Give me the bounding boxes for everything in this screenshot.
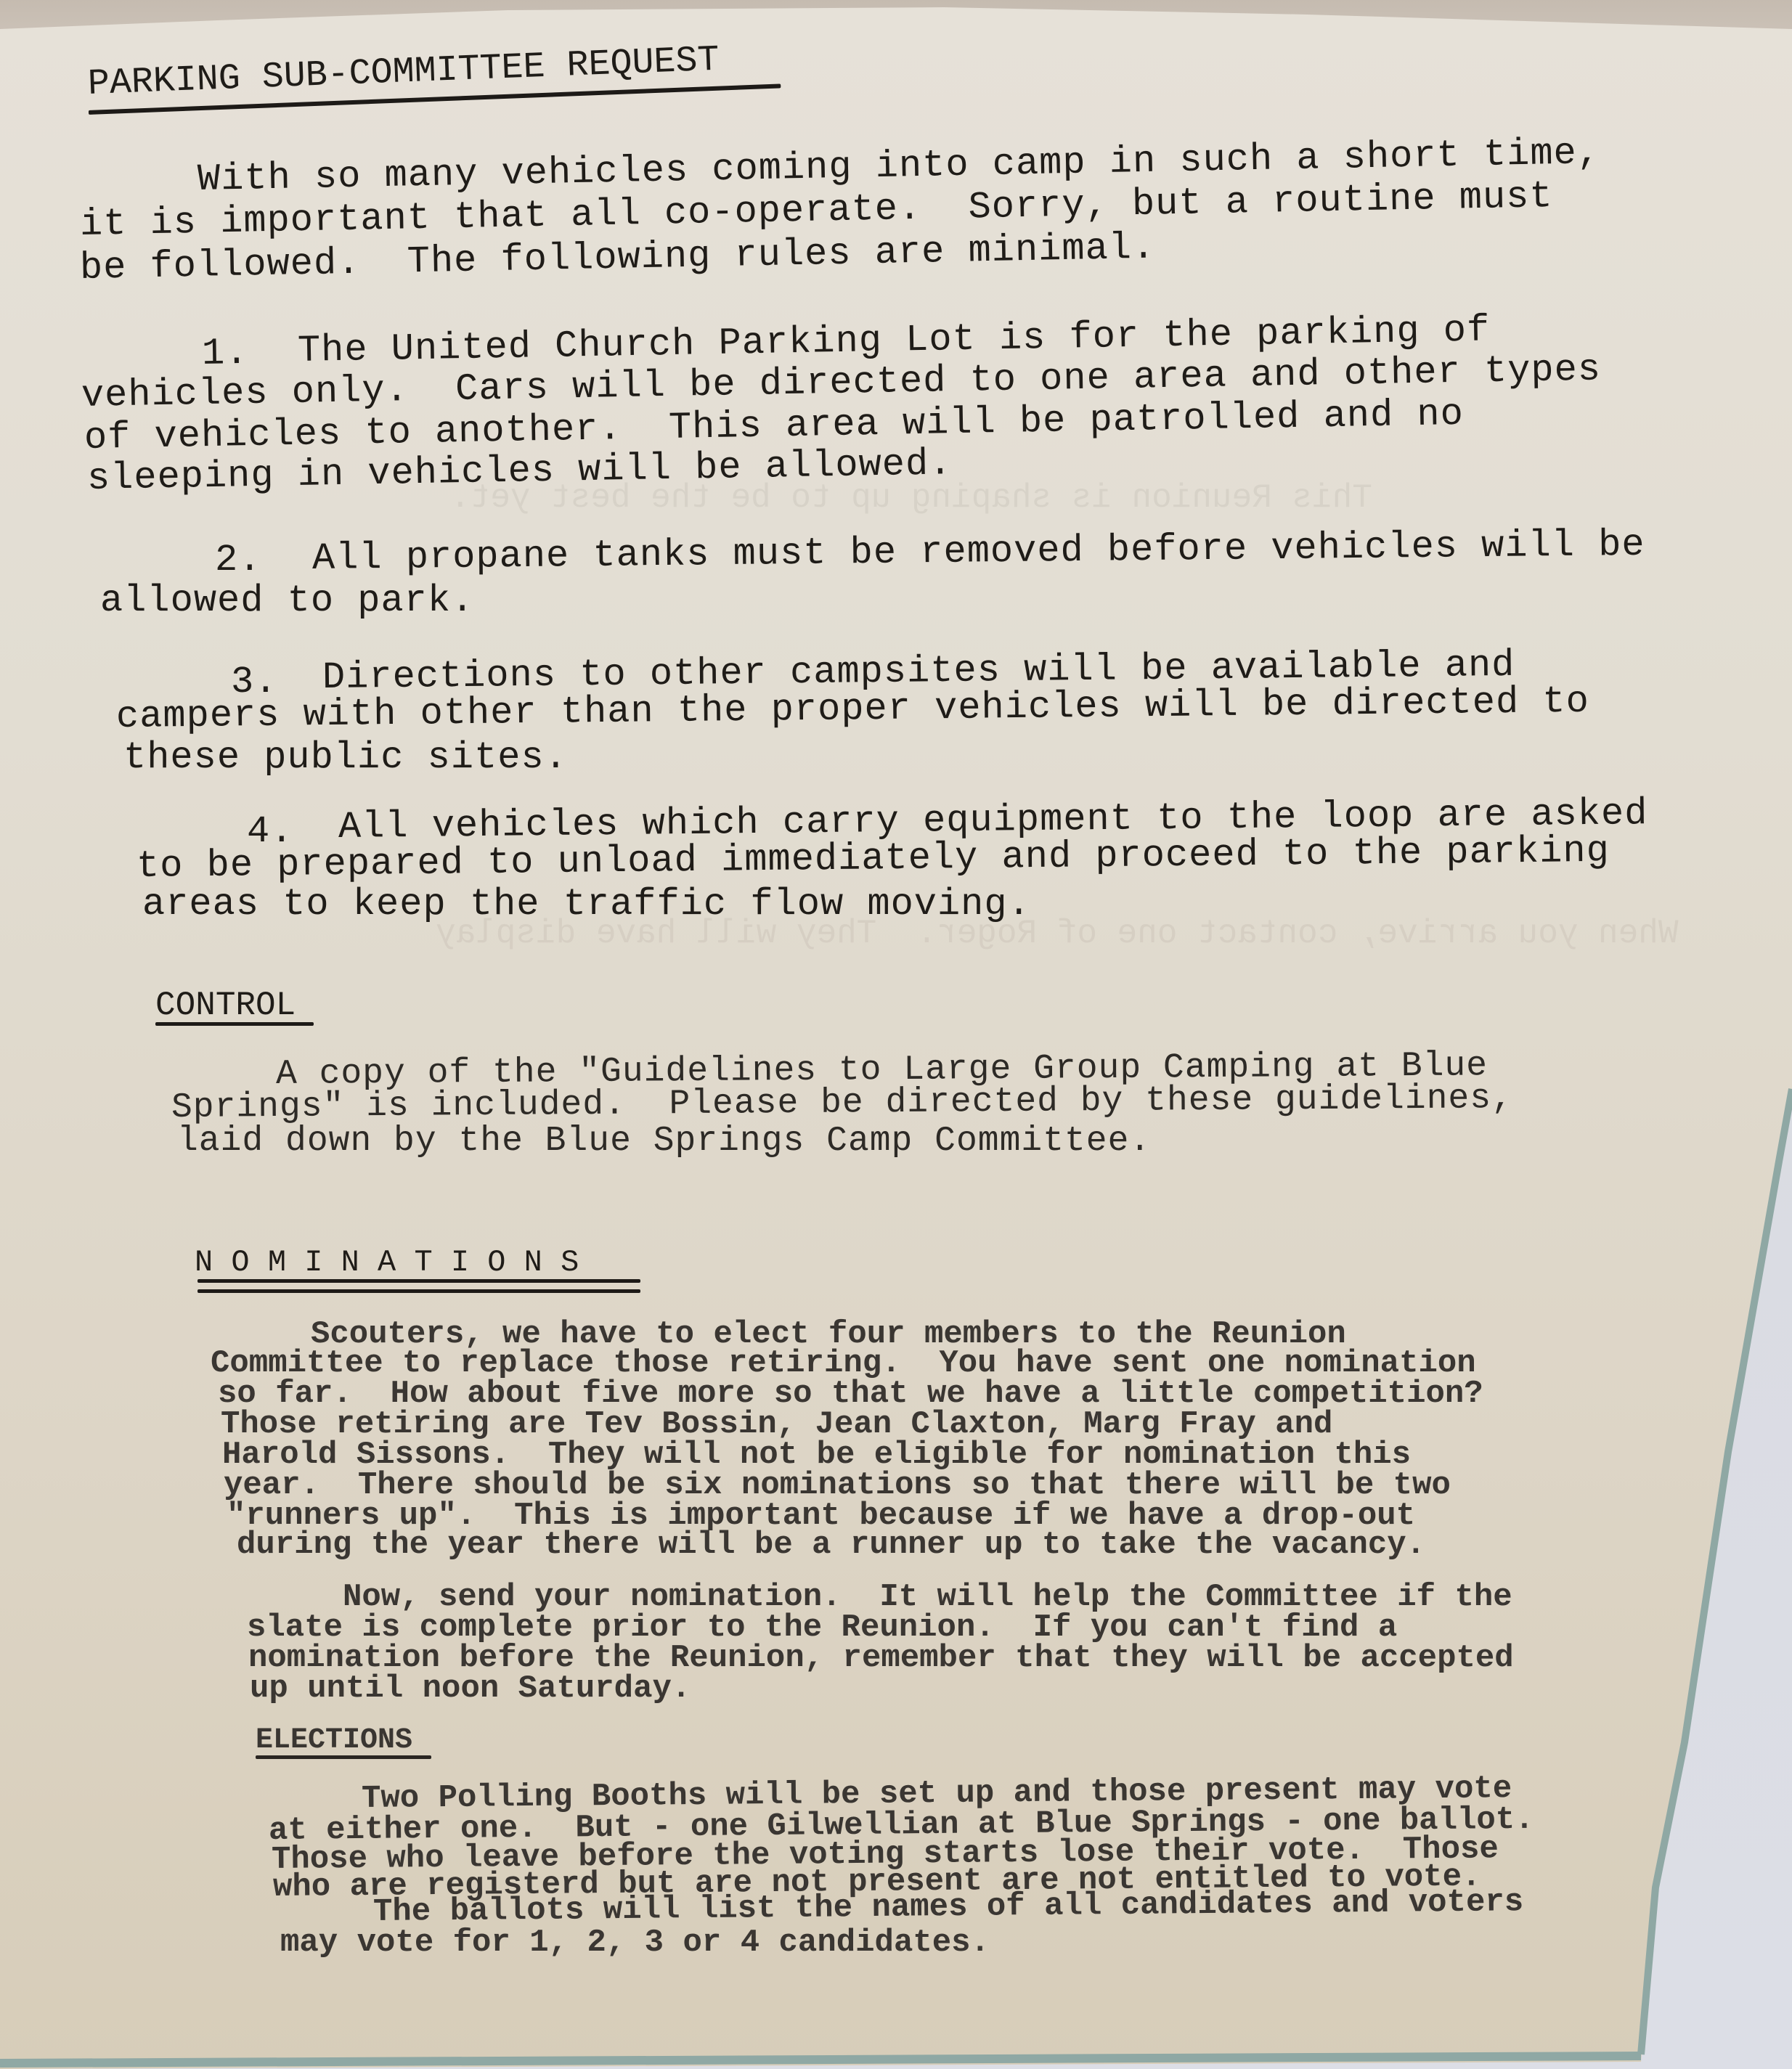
text-line: slate is complete prior to the Reunion. … bbox=[247, 1612, 1397, 1644]
heading-double-underline-top bbox=[197, 1279, 640, 1283]
text-line: during the year there will be a runner u… bbox=[237, 1529, 1425, 1561]
text-line: these public sites. bbox=[123, 739, 568, 777]
section-heading-elections: ELECTIONS bbox=[256, 1726, 412, 1755]
text-line: so far. How about five more so that we h… bbox=[218, 1378, 1483, 1410]
text-line: may vote for 1, 2, 3 or 4 candidates. bbox=[280, 1927, 990, 1959]
text-line: year. There should be six nominations so… bbox=[224, 1469, 1451, 1501]
document-page: This Reunion is shaping up to be the bes… bbox=[0, 0, 1792, 2069]
heading-underline bbox=[256, 1755, 431, 1759]
text-line: laid down by the Blue Springs Camp Commi… bbox=[177, 1124, 1151, 1159]
text-line: nomination before the Reunion, remember … bbox=[248, 1642, 1514, 1674]
rule-number: 2. bbox=[215, 542, 261, 579]
text-line: Harold Sissons. They will not be eligibl… bbox=[222, 1439, 1411, 1471]
text-line: up until noon Saturday. bbox=[250, 1673, 691, 1705]
text-line: Committee to replace those retiring. You… bbox=[211, 1347, 1476, 1379]
heading-underline bbox=[155, 1022, 314, 1026]
section-heading-control: CONTROL bbox=[155, 989, 296, 1022]
text-line: allowed to park. bbox=[100, 582, 474, 620]
heading-double-underline-bottom bbox=[197, 1289, 640, 1293]
rule-number: 1. bbox=[202, 335, 249, 373]
section-heading-nominations: N O M I N A T I O N S bbox=[195, 1247, 579, 1278]
text-line: areas to keep the traffic flow moving. bbox=[142, 886, 1031, 923]
text-line: The ballots will list the names of all c… bbox=[373, 1886, 1524, 1928]
text-line: Springs" is included. Please be directed… bbox=[171, 1081, 1513, 1125]
text-line: Those retiring are Tev Bossin, Jean Clax… bbox=[221, 1408, 1332, 1440]
text-line: All propane tanks must be removed before… bbox=[312, 526, 1645, 578]
text-line: Now, send your nomination. It will help … bbox=[343, 1581, 1512, 1613]
